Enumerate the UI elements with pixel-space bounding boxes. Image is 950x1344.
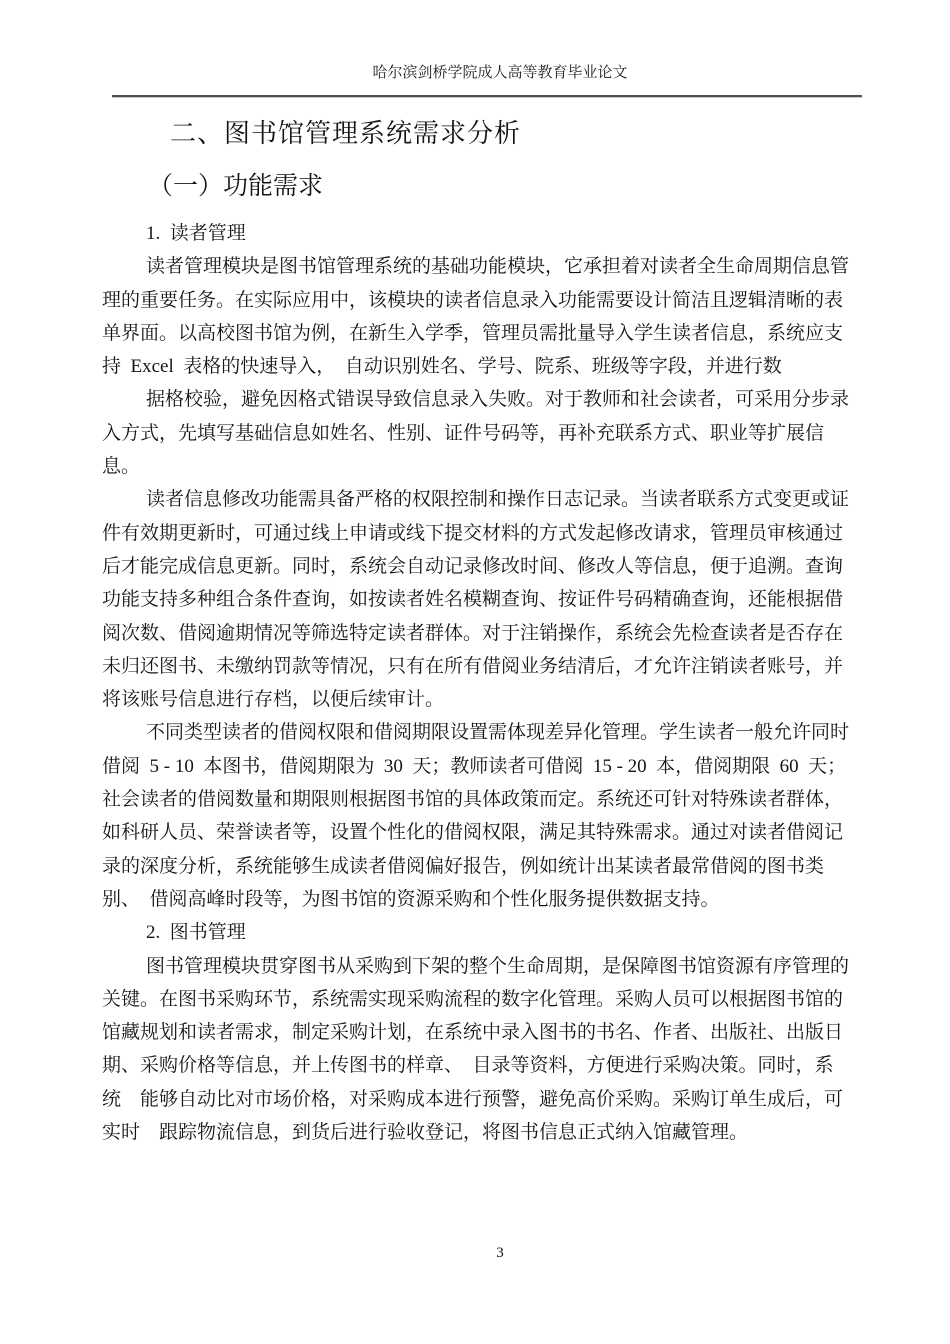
header-rule-light-line	[112, 97, 862, 98]
text-line: 持 Excel 表格的快速导入， 自动识别姓名、学号、院系、班级等字段，并进行数	[102, 350, 862, 383]
text-line: 读者管理模块是图书馆管理系统的基础功能模块，它承担着对读者全生命周期信息管	[102, 250, 862, 283]
text-line: 图书管理模块贯穿图书从采购到下架的整个生命周期，是保障图书馆资源有序管理的	[102, 950, 862, 983]
text-line: 功能支持多种组合条件查询，如按读者姓名模糊查询、按证件号码精确查询，还能根据借	[102, 583, 862, 616]
text-line: 如科研人员、荣誉读者等，设置个性化的借阅权限，满足其特殊需求。通过对读者借阅记	[102, 816, 862, 849]
chapter-heading: 二、图书馆管理系统需求分析	[170, 119, 862, 149]
text-line: 件有效期更新时，可通过线上申请或线下提交材料的方式发起修改请求，管理员审核通过	[102, 517, 862, 550]
text-line: 单界面。以高校图书馆为例，在新生入学季，管理员需批量导入学生读者信息，系统应支	[102, 317, 862, 350]
text-line: 录的深度分析，系统能够生成读者借阅偏好报告，例如统计出某读者最常借阅的图书类	[102, 850, 862, 883]
body-text: 1. 读者管理读者管理模块是图书馆管理系统的基础功能模块，它承担着对读者全生命周…	[102, 217, 862, 1149]
text-line: 后才能完成信息更新。同时，系统会自动记录修改时间、修改人等信息，便于追溯。查询	[102, 550, 862, 583]
header-rule	[112, 95, 862, 98]
text-line: 期、采购价格等信息，并上传图书的样章、 目录等资料，方便进行采购决策。同时，系	[102, 1049, 862, 1082]
text-line: 据格校验，避免因格式错误导致信息录入失败。对于教师和社会读者，可采用分步录	[102, 383, 862, 416]
text-line: 实时 跟踪物流信息，到货后进行验收登记，将图书信息正式纳入馆藏管理。	[102, 1116, 862, 1149]
running-header-title: 哈尔滨剑桥学院成人高等教育毕业论文	[372, 65, 627, 81]
page-number: 3	[496, 1245, 504, 1261]
text-line: 借阅 5 - 10 本图书，借阅期限为 30 天；教师读者可借阅 15 - 20…	[102, 750, 862, 783]
page-footer: 3	[25, 1245, 950, 1262]
text-line: 息。	[102, 450, 862, 483]
text-line: 未归还图书、未缴纳罚款等情况，只有在所有借阅业务结清后，才允许注销读者账号，并	[102, 650, 862, 683]
text-line: 理的重要任务。在实际应用中，该模块的读者信息录入功能需要设计简洁且逻辑清晰的表	[102, 284, 862, 317]
content-area: 二、图书馆管理系统需求分析 （一）功能需求 1. 读者管理读者管理模块是图书馆管…	[102, 119, 862, 1149]
text-line: 别、 借阅高峰时段等，为图书馆的资源采购和个性化服务提供数据支持。	[102, 883, 862, 916]
section-heading: （一）功能需求	[148, 172, 862, 201]
text-line: 馆藏规划和读者需求，制定采购计划，在系统中录入图书的书名、作者、出版社、出版日	[102, 1016, 862, 1049]
numbered-item-heading: 1. 读者管理	[102, 217, 862, 250]
text-line: 关键。在图书采购环节，系统需实现采购流程的数字化管理。采购人员可以根据图书馆的	[102, 983, 862, 1016]
numbered-item-heading: 2. 图书管理	[102, 916, 862, 949]
text-line: 入方式，先填写基础信息如姓名、性别、证件号码等，再补充联系方式、职业等扩展信	[102, 417, 862, 450]
text-line: 读者信息修改功能需具备严格的权限控制和操作日志记录。当读者联系方式变更或证	[102, 483, 862, 516]
running-header: 哈尔滨剑桥学院成人高等教育毕业论文	[25, 0, 950, 82]
text-line: 社会读者的借阅数量和期限则根据图书馆的具体政策而定。系统还可针对特殊读者群体，	[102, 783, 862, 816]
text-line: 阅次数、借阅逾期情况等筛选特定读者群体。对于注销操作，系统会先检查读者是否存在	[102, 617, 862, 650]
text-line: 将该账号信息进行存档，以便后续审计。	[102, 683, 862, 716]
text-line: 不同类型读者的借阅权限和借阅期限设置需体现差异化管理。学生读者一般允许同时	[102, 716, 862, 749]
document-page: 哈尔滨剑桥学院成人高等教育毕业论文 二、图书馆管理系统需求分析 （一）功能需求 …	[0, 0, 950, 1344]
text-line: 统 能够自动比对市场价格，对采购成本进行预警，避免高价采购。采购订单生成后，可	[102, 1083, 862, 1116]
